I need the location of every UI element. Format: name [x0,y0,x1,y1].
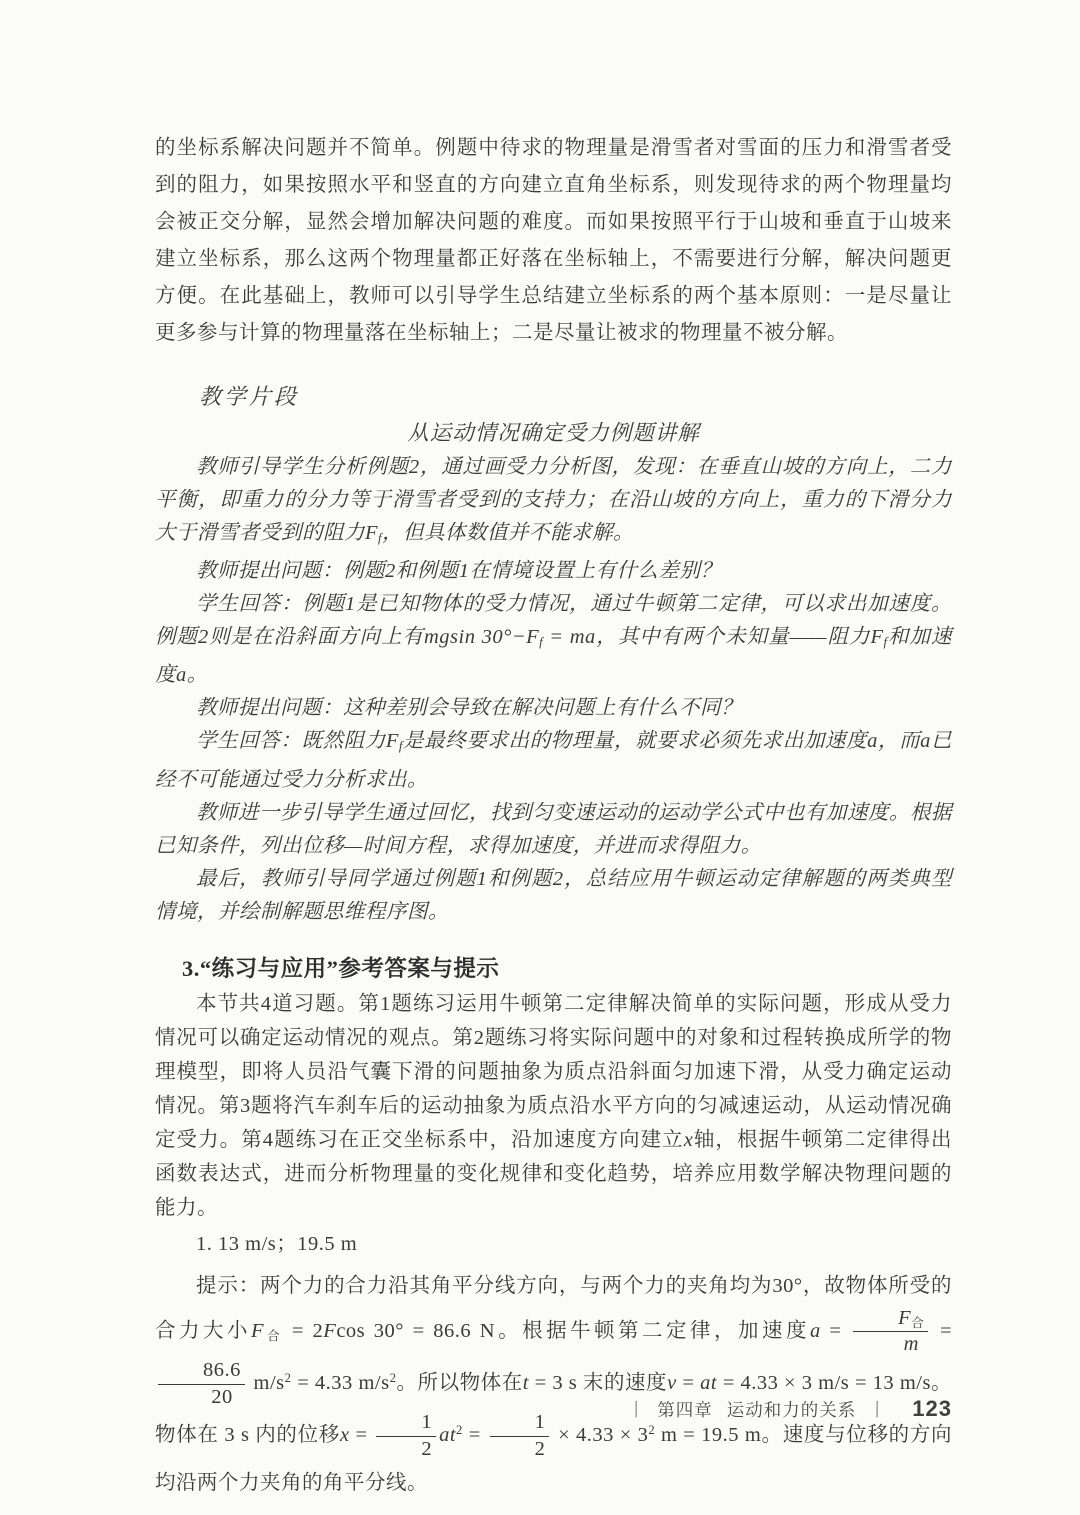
page-content: 的坐标系解决问题并不简单。例题中待求的物理量是滑雪者对雪面的压力和滑雪者受到的阻… [155,0,952,1504]
page-footer: 丨 第四章 运动和力的关系 丨 123 [615,1396,952,1422]
dialogue-paragraph: 最后，教师引导同学通过例题1和例题2，总结应用牛顿运动定律解题的两类典型情境，并… [155,863,952,929]
footer-divider-left: 丨 [627,1396,645,1422]
dialogue-paragraph: 教师提出问题：例题2和例题1在情境设置上有什么差别？ [155,555,952,588]
textbook-page: 的坐标系解决问题并不简单。例题中待求的物理量是滑雪者对雪面的压力和滑雪者受到的阻… [0,0,1080,1515]
chapter-title: 运动和力的关系 [727,1397,857,1422]
teaching-fragment-label: 教学片段 [155,379,952,415]
hint-paragraph: 提示：两个力的合力沿其角平分线方向，与两个力的夹角均为30°，故物体所受的合力大… [155,1265,952,1504]
section-overview-paragraph: 本节共4道习题。第1题练习运用牛顿第二定律解决简单的实际问题，形成从受力情况可以… [155,987,952,1225]
answer-line: 1. 13 m/s；19.5 m [155,1227,952,1261]
teaching-fragment-title: 从运动情况确定受力例题讲解 [155,415,952,451]
teaching-fragment-dialogue: 教师引导学生分析例题2，通过画受力分析图，发现：在垂直山坡的方向上，二力平衡，即… [155,451,952,929]
continuation-paragraph: 的坐标系解决问题并不简单。例题中待求的物理量是滑雪者对雪面的压力和滑雪者受到的阻… [155,130,952,352]
page-number: 123 [912,1396,952,1422]
section-heading: 3.“练习与应用”参考答案与提示 [155,951,952,987]
dialogue-paragraph: 学生回答：例题1是已知物体的受力情况，通过牛顿第二定律，可以求出加速度。例题2则… [155,588,952,692]
chapter-label: 第四章 [657,1397,713,1422]
dialogue-paragraph: 教师引导学生分析例题2，通过画受力分析图，发现：在垂直山坡的方向上，二力平衡，即… [155,451,952,555]
dialogue-paragraph: 学生回答：既然阻力Ff是最终要求出的物理量，就要求必须先求出加速度a，而a已经不… [155,725,952,796]
footer-divider-right: 丨 [868,1396,886,1422]
dialogue-paragraph: 教师进一步引导学生通过回忆，找到匀变速运动的运动学公式中也有加速度。根据已知条件… [155,797,952,863]
dialogue-paragraph: 教师提出问题：这种差别会导致在解决问题上有什么不同？ [155,692,952,725]
